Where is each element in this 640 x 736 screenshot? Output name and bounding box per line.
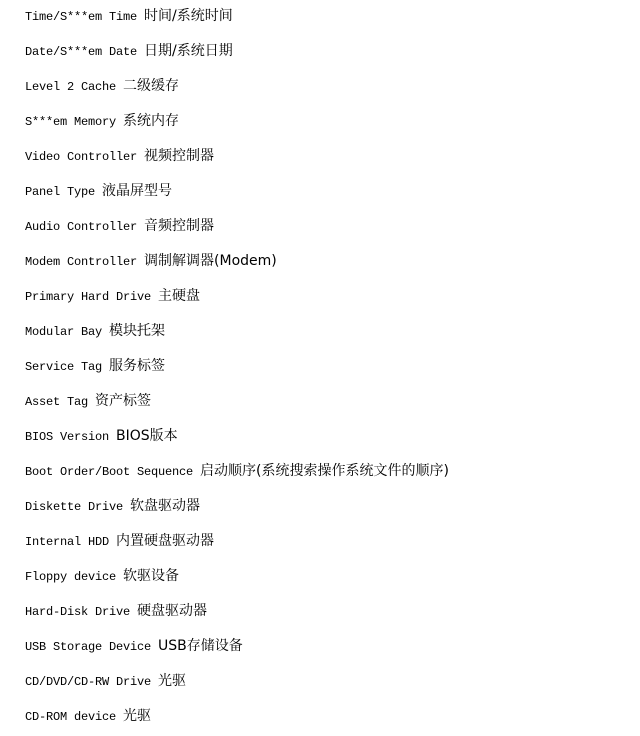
glossary-item-audio-controller: Audio Controller 音频控制器 (25, 216, 640, 251)
term-chinese: USB存储设备 (158, 638, 243, 654)
glossary-item-panel-type: Panel Type 液晶屏型号 (25, 181, 640, 216)
term-chinese: 资产标签 (95, 393, 151, 409)
term-english: Video Controller (25, 150, 144, 164)
glossary-item-service-tag: Service Tag 服务标签 (25, 356, 640, 391)
glossary-item-video-controller: Video Controller 视频控制器 (25, 146, 640, 181)
term-chinese: 软盘驱动器 (130, 498, 200, 514)
term-chinese: 服务标签 (109, 358, 165, 374)
term-chinese: 音频控制器 (144, 218, 214, 234)
term-english: Date/S***em Date (25, 45, 144, 59)
term-chinese: 启动顺序(系统搜索操作系统文件的顺序) (200, 463, 449, 479)
term-english: Primary Hard Drive (25, 290, 158, 304)
term-english: USB Storage Device (25, 640, 158, 654)
glossary-item-asset-tag: Asset Tag 资产标签 (25, 391, 640, 426)
term-english: Audio Controller (25, 220, 144, 234)
term-chinese: 调制解调器(Modem) (144, 253, 277, 269)
glossary-item-modular-bay: Modular Bay 模块托架 (25, 321, 640, 356)
term-english: Service Tag (25, 360, 109, 374)
term-chinese: 模块托架 (109, 323, 165, 339)
glossary-item-cdrom-device: CD-ROM device 光驱 (25, 706, 640, 736)
term-english: Modem Controller (25, 255, 144, 269)
term-chinese: 液晶屏型号 (102, 183, 172, 199)
term-english: S***em Memory (25, 115, 123, 129)
term-english: Modular Bay (25, 325, 109, 339)
glossary-item-system-memory: S***em Memory 系统内存 (25, 111, 640, 146)
glossary-item-hard-disk-drive: Hard-Disk Drive 硬盘驱动器 (25, 601, 640, 636)
glossary-item-primary-hard-drive: Primary Hard Drive 主硬盘 (25, 286, 640, 321)
term-english: Hard-Disk Drive (25, 605, 137, 619)
term-chinese: 软驱设备 (123, 568, 179, 584)
term-english: BIOS Version (25, 430, 116, 444)
glossary-item-boot-order: Boot Order/Boot Sequence 启动顺序(系统搜索操作系统文件… (25, 461, 640, 496)
term-chinese: 二级缓存 (123, 78, 179, 94)
term-chinese: BIOS版本 (116, 428, 178, 444)
term-chinese: 光驱 (158, 673, 186, 689)
glossary-item-internal-hdd: Internal HDD 内置硬盘驱动器 (25, 531, 640, 566)
term-english: CD-ROM device (25, 710, 123, 724)
glossary-item-floppy-device: Floppy device 软驱设备 (25, 566, 640, 601)
bios-glossary-list: Time/S***em Time 时间/系统时间 Date/S***em Dat… (25, 6, 640, 736)
term-chinese: 视频控制器 (144, 148, 214, 164)
term-chinese: 内置硬盘驱动器 (116, 533, 214, 549)
term-english: Boot Order/Boot Sequence (25, 465, 200, 479)
term-english: Time/S***em Time (25, 10, 144, 24)
term-english: CD/DVD/CD-RW Drive (25, 675, 158, 689)
term-english: Level 2 Cache (25, 80, 123, 94)
glossary-item-modem-controller: Modem Controller 调制解调器(Modem) (25, 251, 640, 286)
glossary-item-date: Date/S***em Date 日期/系统日期 (25, 41, 640, 76)
term-chinese: 时间/系统时间 (144, 8, 233, 24)
glossary-item-time: Time/S***em Time 时间/系统时间 (25, 6, 640, 41)
glossary-item-diskette-drive: Diskette Drive 软盘驱动器 (25, 496, 640, 531)
glossary-item-usb-storage: USB Storage Device USB存储设备 (25, 636, 640, 671)
glossary-item-bios-version: BIOS Version BIOS版本 (25, 426, 640, 461)
term-chinese: 系统内存 (123, 113, 179, 129)
term-chinese: 硬盘驱动器 (137, 603, 207, 619)
term-english: Panel Type (25, 185, 102, 199)
term-english: Diskette Drive (25, 500, 130, 514)
term-english: Internal HDD (25, 535, 116, 549)
term-chinese: 光驱 (123, 708, 151, 724)
term-chinese: 日期/系统日期 (144, 43, 233, 59)
term-english: Floppy device (25, 570, 123, 584)
term-chinese: 主硬盘 (158, 288, 200, 304)
glossary-item-cd-dvd-drive: CD/DVD/CD-RW Drive 光驱 (25, 671, 640, 706)
term-english: Asset Tag (25, 395, 95, 409)
glossary-item-l2-cache: Level 2 Cache 二级缓存 (25, 76, 640, 111)
